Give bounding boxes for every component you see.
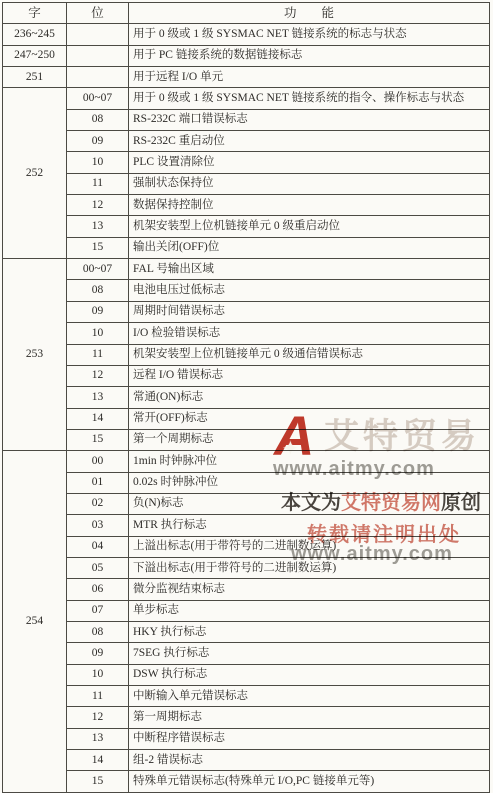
table-row: 15特殊单元错误标志(特殊单元 I/O,PC 链接单元等) <box>3 771 490 792</box>
function-cell: 数据保持控制位 <box>129 195 490 216</box>
function-cell: 用于 0 级或 1 级 SYSMAC NET 链接系统的指令、操作标志与状态 <box>129 88 490 109</box>
bit-cell: 08 <box>67 621 129 642</box>
function-cell: 电池电压过低标志 <box>129 280 490 301</box>
table-row: 12数据保持控制位 <box>3 195 490 216</box>
table-row: 09周期时间错误标志 <box>3 301 490 322</box>
word-cell: 251 <box>3 67 67 88</box>
bit-cell: 01 <box>67 472 129 493</box>
function-cell: HKY 执行标志 <box>129 621 490 642</box>
table-row: 13机架安装型上位机链接单元 0 级重启动位 <box>3 216 490 237</box>
function-cell: 用于 PC 链接系统的数据链接标志 <box>129 45 490 66</box>
header-function-column: 功 能 <box>129 3 490 24</box>
bit-cell: 08 <box>67 109 129 130</box>
bit-cell: 13 <box>67 728 129 749</box>
bit-cell: 02 <box>67 493 129 514</box>
bit-cell: 11 <box>67 686 129 707</box>
function-cell: 周期时间错误标志 <box>129 301 490 322</box>
header-bit-column: 位 <box>67 3 129 24</box>
bit-cell: 11 <box>67 173 129 194</box>
table-row: 03MTR 执行标志 <box>3 515 490 536</box>
table-row: 251用于远程 I/O 单元 <box>3 67 490 88</box>
table-row: 13常通(ON)标志 <box>3 387 490 408</box>
word-cell: 236~245 <box>3 24 67 45</box>
function-cell: 单步标志 <box>129 600 490 621</box>
function-cell: 7SEG 执行标志 <box>129 643 490 664</box>
table-row: 12第一周期标志 <box>3 707 490 728</box>
table-row: 14常开(OFF)标志 <box>3 408 490 429</box>
table-row: 010.02s 时钟脉冲位 <box>3 472 490 493</box>
bit-cell: 12 <box>67 707 129 728</box>
table-row: 11机架安装型上位机链接单元 0 级通信错误标志 <box>3 344 490 365</box>
function-cell: DSW 执行标志 <box>129 664 490 685</box>
table-row: 10I/O 检验错误标志 <box>3 323 490 344</box>
scanned-manual-page: 字 位 功 能 236~245用于 0 级或 1 级 SYSMAC NET 链接… <box>0 0 493 793</box>
function-cell: 中断输入单元错误标志 <box>129 686 490 707</box>
function-cell: 第一个周期标志 <box>129 429 490 450</box>
bit-cell: 06 <box>67 579 129 600</box>
table-row: 04上溢出标志(用于带符号的二进制数运算) <box>3 536 490 557</box>
table-row: 247~250用于 PC 链接系统的数据链接标志 <box>3 45 490 66</box>
table-row: 05下溢出标志(用于带符号的二进制数运算) <box>3 557 490 578</box>
table-row: 15第一个周期标志 <box>3 429 490 450</box>
bit-cell <box>67 24 129 45</box>
bit-cell: 11 <box>67 344 129 365</box>
function-cell: 强制状态保持位 <box>129 173 490 194</box>
table-row: 13中断程序错误标志 <box>3 728 490 749</box>
bit-cell: 14 <box>67 408 129 429</box>
bit-cell: 15 <box>67 429 129 450</box>
bit-cell <box>67 67 129 88</box>
bit-cell: 12 <box>67 195 129 216</box>
function-cell: 常通(ON)标志 <box>129 387 490 408</box>
function-cell: FAL 号输出区域 <box>129 259 490 280</box>
bit-cell: 13 <box>67 387 129 408</box>
bit-cell: 15 <box>67 237 129 258</box>
function-cell: 第一周期标志 <box>129 707 490 728</box>
bit-cell: 07 <box>67 600 129 621</box>
table-row: 08HKY 执行标志 <box>3 621 490 642</box>
bit-cell: 14 <box>67 750 129 771</box>
bit-function-table: 字 位 功 能 236~245用于 0 级或 1 级 SYSMAC NET 链接… <box>2 2 490 793</box>
function-cell: 上溢出标志(用于带符号的二进制数运算) <box>129 536 490 557</box>
function-cell: 特殊单元错误标志(特殊单元 I/O,PC 链接单元等) <box>129 771 490 792</box>
bit-cell: 15 <box>67 771 129 792</box>
table-row: 09RS-232C 重启动位 <box>3 131 490 152</box>
function-cell: 用于 0 级或 1 级 SYSMAC NET 链接系统的标志与状态 <box>129 24 490 45</box>
function-cell: RS-232C 重启动位 <box>129 131 490 152</box>
table-row: 08电池电压过低标志 <box>3 280 490 301</box>
table-row: 06微分监视结束标志 <box>3 579 490 600</box>
bit-cell: 00~07 <box>67 88 129 109</box>
table-row: 11中断输入单元错误标志 <box>3 686 490 707</box>
table-row: 25200~07用于 0 级或 1 级 SYSMAC NET 链接系统的指令、操… <box>3 88 490 109</box>
bit-cell: 09 <box>67 301 129 322</box>
table-row: 11强制状态保持位 <box>3 173 490 194</box>
table-row: 236~245用于 0 级或 1 级 SYSMAC NET 链接系统的标志与状态 <box>3 24 490 45</box>
table-row: 14组-2 错误标志 <box>3 750 490 771</box>
function-cell: RS-232C 端口错误标志 <box>129 109 490 130</box>
table-row: 25300~07FAL 号输出区域 <box>3 259 490 280</box>
table-row: 097SEG 执行标志 <box>3 643 490 664</box>
word-cell: 247~250 <box>3 45 67 66</box>
function-cell: 远程 I/O 错误标志 <box>129 365 490 386</box>
bit-cell: 00~07 <box>67 259 129 280</box>
word-cell: 254 <box>3 451 67 793</box>
function-cell: 中断程序错误标志 <box>129 728 490 749</box>
bit-cell <box>67 45 129 66</box>
function-cell: 组-2 错误标志 <box>129 750 490 771</box>
bit-cell: 04 <box>67 536 129 557</box>
table-row: 08RS-232C 端口错误标志 <box>3 109 490 130</box>
bit-cell: 10 <box>67 323 129 344</box>
table-row: 15输出关闭(OFF)位 <box>3 237 490 258</box>
function-cell: 机架安装型上位机链接单元 0 级通信错误标志 <box>129 344 490 365</box>
function-cell: 下溢出标志(用于带符号的二进制数运算) <box>129 557 490 578</box>
word-cell: 253 <box>3 259 67 451</box>
function-cell: 机架安装型上位机链接单元 0 级重启动位 <box>129 216 490 237</box>
bit-cell: 09 <box>67 131 129 152</box>
function-cell: 常开(OFF)标志 <box>129 408 490 429</box>
function-cell: MTR 执行标志 <box>129 515 490 536</box>
bit-cell: 03 <box>67 515 129 536</box>
table-header-row: 字 位 功 能 <box>3 3 490 24</box>
bit-cell: 09 <box>67 643 129 664</box>
function-cell: 微分监视结束标志 <box>129 579 490 600</box>
bit-cell: 13 <box>67 216 129 237</box>
table-row: 02负(N)标志 <box>3 493 490 514</box>
function-cell: PLC 设置清除位 <box>129 152 490 173</box>
function-cell: 输出关闭(OFF)位 <box>129 237 490 258</box>
header-word-column: 字 <box>3 3 67 24</box>
bit-cell: 10 <box>67 664 129 685</box>
word-cell: 252 <box>3 88 67 259</box>
function-cell: 负(N)标志 <box>129 493 490 514</box>
table-row: 07单步标志 <box>3 600 490 621</box>
table-row: 12远程 I/O 错误标志 <box>3 365 490 386</box>
table-row: 10PLC 设置清除位 <box>3 152 490 173</box>
bit-cell: 00 <box>67 451 129 472</box>
function-cell: 1min 时钟脉冲位 <box>129 451 490 472</box>
bit-cell: 10 <box>67 152 129 173</box>
bit-cell: 05 <box>67 557 129 578</box>
function-cell: I/O 检验错误标志 <box>129 323 490 344</box>
table-row: 10DSW 执行标志 <box>3 664 490 685</box>
function-cell: 0.02s 时钟脉冲位 <box>129 472 490 493</box>
bit-cell: 08 <box>67 280 129 301</box>
function-cell: 用于远程 I/O 单元 <box>129 67 490 88</box>
table-row: 254001min 时钟脉冲位 <box>3 451 490 472</box>
bit-cell: 12 <box>67 365 129 386</box>
